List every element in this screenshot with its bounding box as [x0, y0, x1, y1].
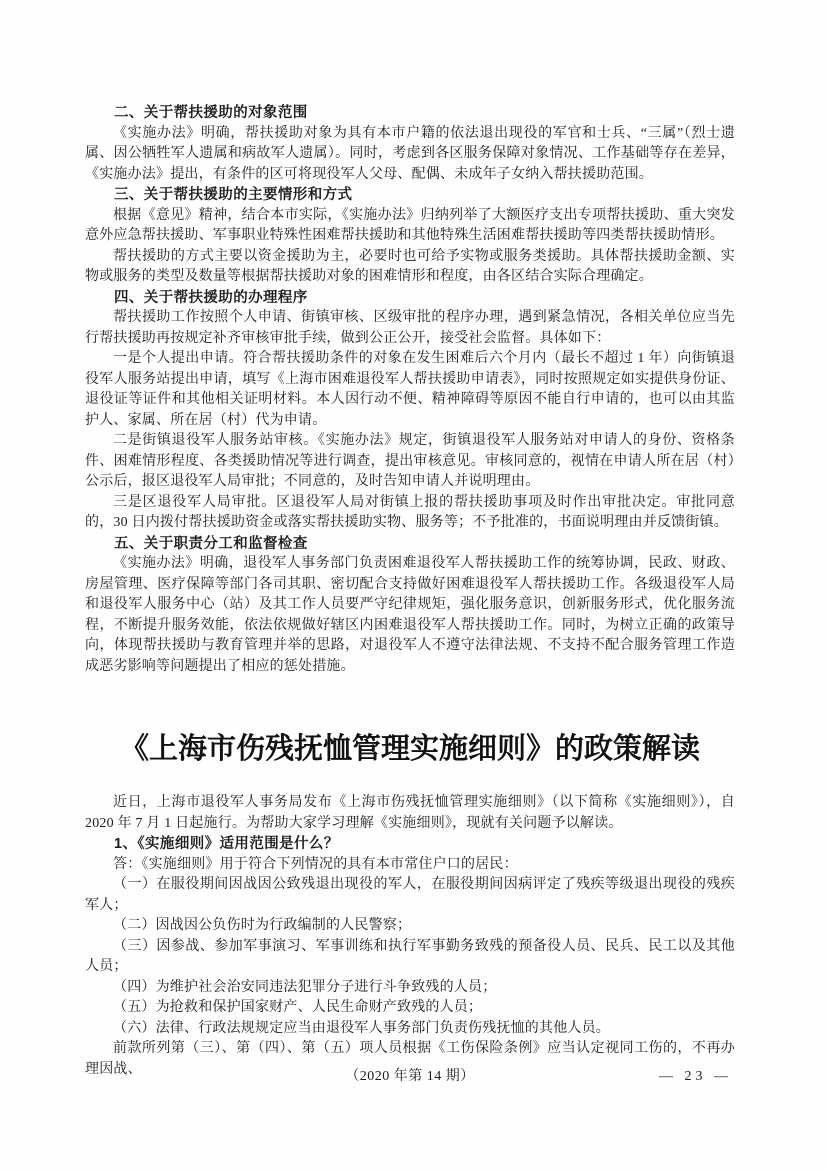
- list-item-5: （五）为抢救和保护国家财产、人民生命财产致残的人员；: [85, 998, 735, 1019]
- paragraph: 三是区退役军人局审批。区退役军人局对街镇上报的帮扶援助事项及时作出审批决定。审批…: [85, 493, 735, 534]
- list-item-6: （六）法律、行政法规规定应当由退役军人事务部门负责伤残抚恤的其他人员。: [85, 1019, 735, 1040]
- section-heading-4: 四、关于帮扶援助的办理程序: [85, 288, 735, 309]
- list-item-2: （二）因战因公负伤时为行政编制的人民警察；: [85, 916, 735, 937]
- paragraph: 根据《意见》精神，结合本市实际，《实施办法》归纳列举了大额医疗支出专项帮扶援助、…: [85, 206, 735, 247]
- paragraph: 《实施办法》明确，退役军人事务部门负责困难退役军人帮扶援助工作的统筹协调，民政、…: [85, 554, 735, 677]
- section-heading-5: 五、关于职责分工和监督检查: [85, 534, 735, 555]
- page-number: — 23 —: [659, 1066, 732, 1088]
- footer-issue-label: （2020 年第 14 期）: [85, 1066, 735, 1088]
- page-content: 二、关于帮扶援助的对象范围 《实施办法》明确，帮扶援助对象为具有本市户籍的依法退…: [85, 103, 735, 1080]
- article-policy-interpretation: 《上海市伤残抚恤管理实施细则》的政策解读 近日，上海市退役军人事务局发布《上海市…: [85, 728, 735, 1080]
- paragraph: 一是个人提出申请。符合帮扶援助条件的对象在发生困难后六个月内（最长不超过 1 年…: [85, 349, 735, 431]
- article-help-assistance: 二、关于帮扶援助的对象范围 《实施办法》明确，帮扶援助对象为具有本市户籍的依法退…: [85, 103, 735, 677]
- document-page: 二、关于帮扶援助的对象范围 《实施办法》明确，帮扶援助对象为具有本市户籍的依法退…: [0, 0, 827, 1170]
- question-heading-1: 1、《实施细则》适用范围是什么？: [85, 834, 735, 855]
- list-item-4: （四）为维护社会治安同违法犯罪分子进行斗争致残的人员；: [85, 978, 735, 999]
- paragraph: 答：《实施细则》用于符合下列情况的具有本市常住户口的居民：: [85, 855, 735, 876]
- paragraph: 二是街镇退役军人服务站审核。《实施办法》规定，街镇退役军人服务站对申请人的身份、…: [85, 431, 735, 493]
- list-item-3: （三）因参战、参加军事演习、军事训练和执行军事勤务致残的预备役人员、民兵、民工以…: [85, 937, 735, 978]
- section-heading-3: 三、关于帮扶援助的主要情形和方式: [85, 185, 735, 206]
- paragraph: 帮扶援助的方式主要以资金援助为主，必要时也可给予实物或服务类援助。具体帮扶援助金…: [85, 247, 735, 288]
- page-footer: （2020 年第 14 期） — 23 —: [85, 1066, 735, 1088]
- section-heading-2: 二、关于帮扶援助的对象范围: [85, 103, 735, 124]
- paragraph: 帮扶援助工作按照个人申请、街镇审核、区级审批的程序办理，遇到紧急情况，各相关单位…: [85, 308, 735, 349]
- paragraph: 近日，上海市退役军人事务局发布《上海市伤残抚恤管理实施细则》（以下简称《实施细则…: [85, 793, 735, 834]
- article-title: 《上海市伤残抚恤管理实施细则》的政策解读: [85, 728, 735, 770]
- list-item-1: （一）在服役期间因战因公致残退出现役的军人，在服役期间因病评定了残疾等级退出现役…: [85, 875, 735, 916]
- paragraph: 《实施办法》明确，帮扶援助对象为具有本市户籍的依法退出现役的军官和士兵、“三属”…: [85, 124, 735, 186]
